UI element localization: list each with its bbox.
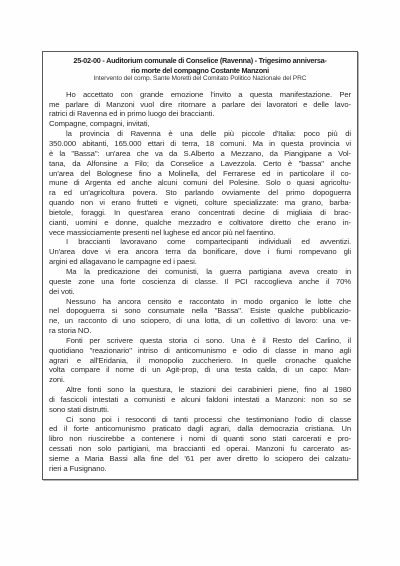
document-subtitle: Intervento del comp. Sante Moretti del C… [49,75,351,84]
text-line: la provincia di Ravenna è una delle più … [49,129,351,139]
text-line: sono stati distrutti. [49,405,351,415]
text-line: Un'area dove vi era ancora terra da boni… [49,247,351,257]
text-line: sieme a Maria Bassi alla fine del '61 pe… [49,454,351,464]
text-line: libro non riuscirebbe a contenere i nomi… [49,434,351,444]
text-line: rieri a Fusignano. [49,464,351,474]
text-line: ratrici di Ravenna ed in primo luogo dei… [49,109,351,119]
text-line: un'area del Bolognese fino a Molinella, … [49,169,351,179]
text-line: me parlare di Manzoni vuol dire ritornar… [49,100,351,110]
text-line: volta compare il nome di un Agit-prop, d… [49,365,351,375]
text-line: è la "Bassa": un'area che va da S.Albert… [49,149,351,159]
text-line: Ho accettato con grande emozione l'invit… [49,90,351,100]
text-line: zoni. [49,375,351,385]
text-line: ed il forte anticomunismo praticato dagl… [49,424,351,434]
text-line: dei voti. [49,287,351,297]
scanned-page: 25-02-00 - Auditorium comunale di Consel… [0,0,400,566]
text-line: quotidiano "reazionario" intriso di anti… [49,346,351,356]
text-line: cessati non solo partigiani, ma braccian… [49,444,351,454]
text-line: ne, un racconto di uno sciopero, di una … [49,316,351,326]
text-line: I braccianti lavoravano come compartecip… [49,237,351,247]
text-line: Altre fonti sono la questura, le stazion… [49,385,351,395]
body-text: Ho accettato con grande emozione l'invit… [49,90,351,474]
text-line: Compagne, compagni, invitati, [49,119,351,129]
document-title-line-2: rio morte del compagno Costante Manzoni [49,66,351,76]
text-line: Fonti per scrivere questa storia ci sono… [49,336,351,346]
text-line: quando non vi erano frutteti e vigneti, … [49,198,351,208]
text-line: cianti, uomini e donne, qualche mezzadro… [49,218,351,228]
text-line: bietole, foraggi. In quest'area erano co… [49,208,351,218]
text-line: di fascicoli intestati a comunisti e alc… [49,395,351,405]
text-line: Nessuno ha ancora censito e raccontato i… [49,297,351,307]
text-line: tana, da Alfonsine a Filo; da Conselice … [49,159,351,169]
document-frame: 25-02-00 - Auditorium comunale di Consel… [42,51,358,480]
document-title-line-1: 25-02-00 - Auditorium comunale di Consel… [49,56,351,66]
text-line: Ci sono poi i resoconti di tanti process… [49,415,351,425]
text-line: vece massicciamente presenti nel lughese… [49,228,351,238]
text-line: nel dopoguerra si sono consumate nella "… [49,306,351,316]
text-line: ra storia NO. [49,326,351,336]
text-line: 350.000 abitanti, 165.000 ettari di terr… [49,139,351,149]
text-line: mune di Argenta ed anche alcuni comuni d… [49,178,351,188]
text-line: argini ed allagavano le campagne ed i pa… [49,257,351,267]
text-line: agrari e all'Eridania, il monopolio zucc… [49,356,351,366]
text-line: Ma la predicazione dei comunisti, la gue… [49,267,351,277]
text-line: ra ed un'agricoltura povera. Sto parland… [49,188,351,198]
text-line: queste zone una forte coscienza di class… [49,277,351,287]
